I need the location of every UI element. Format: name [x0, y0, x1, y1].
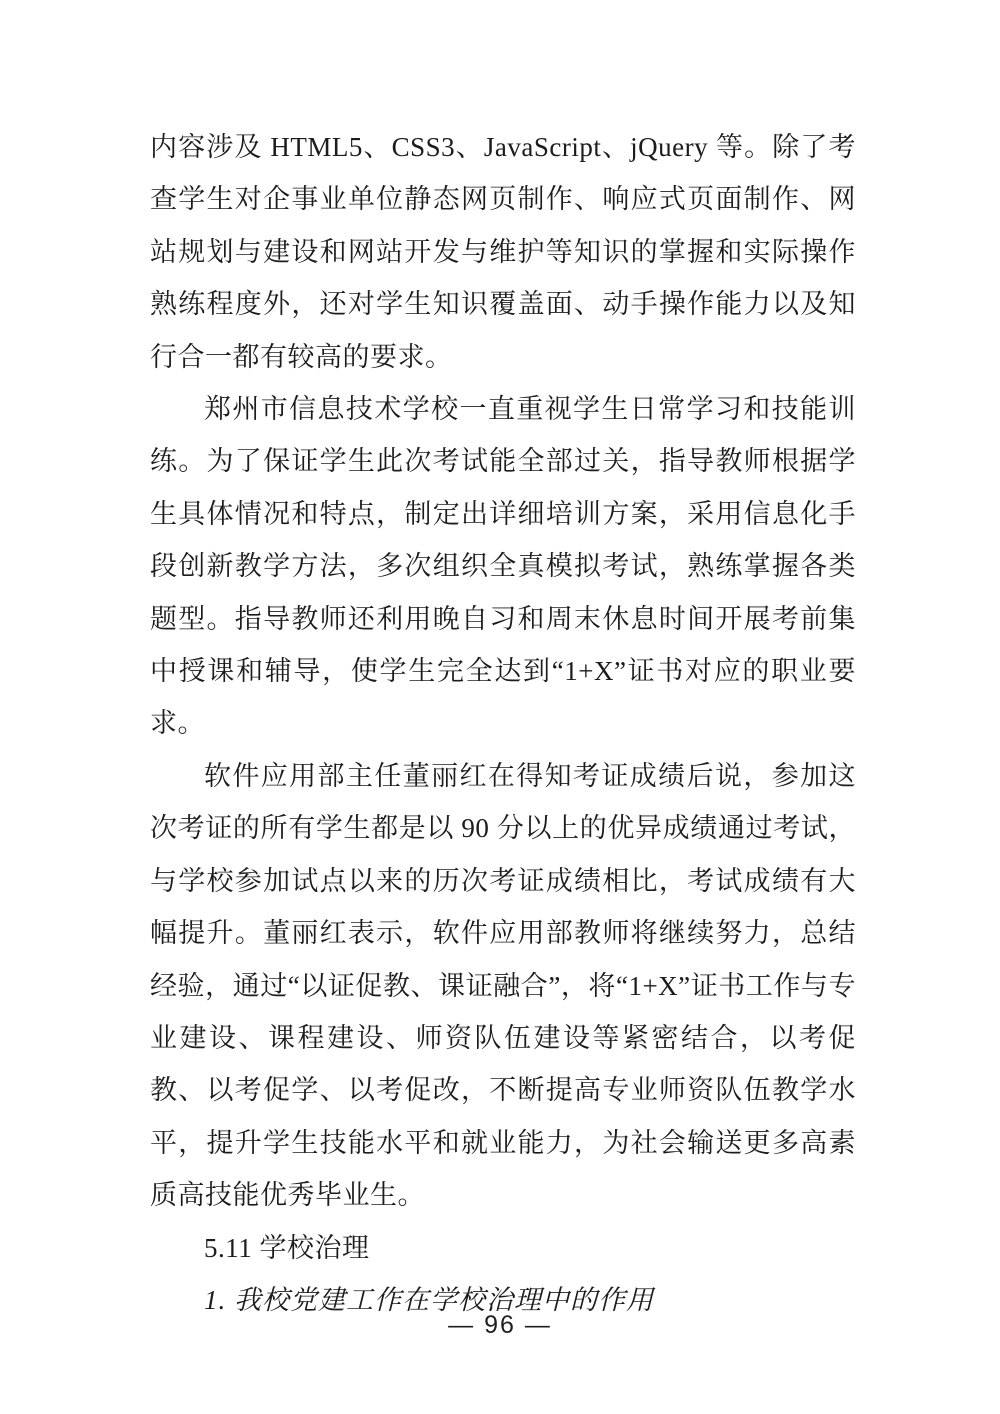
document-page: 内容涉及 HTML5、CSS3、JavaScript、jQuery 等。除了考查… — [0, 0, 1000, 1414]
body-paragraph: 郑州市信息技术学校一直重视学生日常学习和技能训练。为了保证学生此次考试能全部过关… — [150, 383, 856, 750]
section-heading: 5.11 学校治理 — [150, 1222, 856, 1274]
body-paragraph: 软件应用部主任董丽红在得知考证成绩后说，参加这次考证的所有学生都是以 90 分以… — [150, 750, 856, 1222]
page-body: 内容涉及 HTML5、CSS3、JavaScript、jQuery 等。除了考查… — [150, 121, 856, 1326]
body-paragraph: 内容涉及 HTML5、CSS3、JavaScript、jQuery 等。除了考查… — [150, 121, 856, 383]
page-number: — 96 — — [0, 1305, 1000, 1345]
